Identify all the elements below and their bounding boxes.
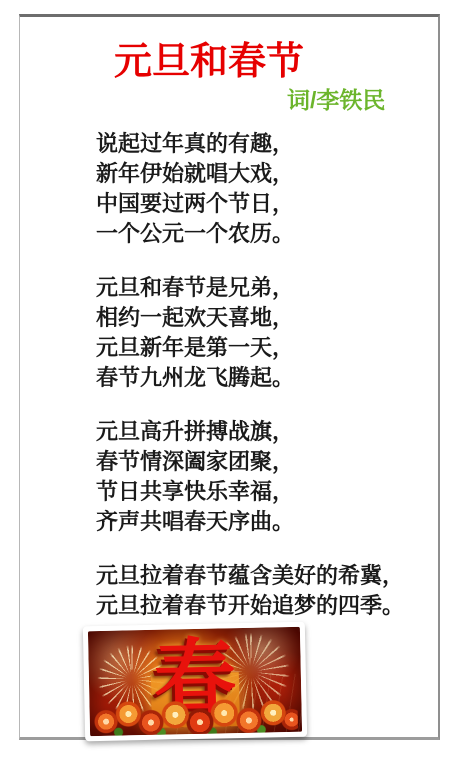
poem-line: 新年伊始就唱大戏， bbox=[96, 159, 404, 189]
poem-line: 春节情深阖家团聚， bbox=[96, 447, 404, 477]
poem-line: 元旦和春节是兄弟， bbox=[96, 273, 404, 303]
poem-line: 相约一起欢天喜地， bbox=[96, 303, 404, 333]
poem-line: 中国要过两个节日， bbox=[96, 189, 404, 219]
poem-line: 一个公元一个农历。 bbox=[96, 219, 404, 249]
flower-garland-icon bbox=[93, 698, 298, 736]
poem-line: 齐声共唱春天序曲。 bbox=[96, 507, 404, 537]
slide: 元旦和春节 词/李铁民 说起过年真的有趣， 新年伊始就唱大戏， 中国要过两个节日… bbox=[19, 14, 440, 740]
poem-line: 元旦拉着春节开始追梦的四季。 bbox=[96, 591, 404, 621]
poem-line: 元旦拉着春节蕴含美好的希冀， bbox=[96, 561, 404, 591]
stanza-2: 元旦和春节是兄弟， 相约一起欢天喜地， 元旦新年是第一天， 春节九州龙飞腾起。 bbox=[96, 273, 404, 393]
poem-line: 节日共享快乐幸福， bbox=[96, 477, 404, 507]
author-credit: 词/李铁民 bbox=[287, 87, 385, 113]
poem-line: 元旦新年是第一天， bbox=[96, 333, 404, 363]
spring-festival-photo: 春 bbox=[83, 622, 307, 742]
poem-line: 说起过年真的有趣， bbox=[96, 129, 404, 159]
page-title: 元旦和春节 bbox=[114, 41, 304, 83]
stanza-1: 说起过年真的有趣， 新年伊始就唱大戏， 中国要过两个节日， 一个公元一个农历。 bbox=[96, 129, 404, 249]
poem-line: 春节九州龙飞腾起。 bbox=[96, 363, 404, 393]
poem-line: 元旦高升拼搏战旗， bbox=[96, 417, 404, 447]
poem: 说起过年真的有趣， 新年伊始就唱大戏， 中国要过两个节日， 一个公元一个农历。 … bbox=[96, 129, 404, 645]
page-background: 元旦和春节 词/李铁民 说起过年真的有趣， 新年伊始就唱大戏， 中国要过两个节日… bbox=[0, 0, 463, 766]
stanza-3: 元旦高升拼搏战旗， 春节情深阖家团聚， 节日共享快乐幸福， 齐声共唱春天序曲。 bbox=[96, 417, 404, 537]
stanza-4: 元旦拉着春节蕴含美好的希冀， 元旦拉着春节开始追梦的四季。 bbox=[96, 561, 404, 621]
photo-image: 春 bbox=[88, 627, 302, 736]
